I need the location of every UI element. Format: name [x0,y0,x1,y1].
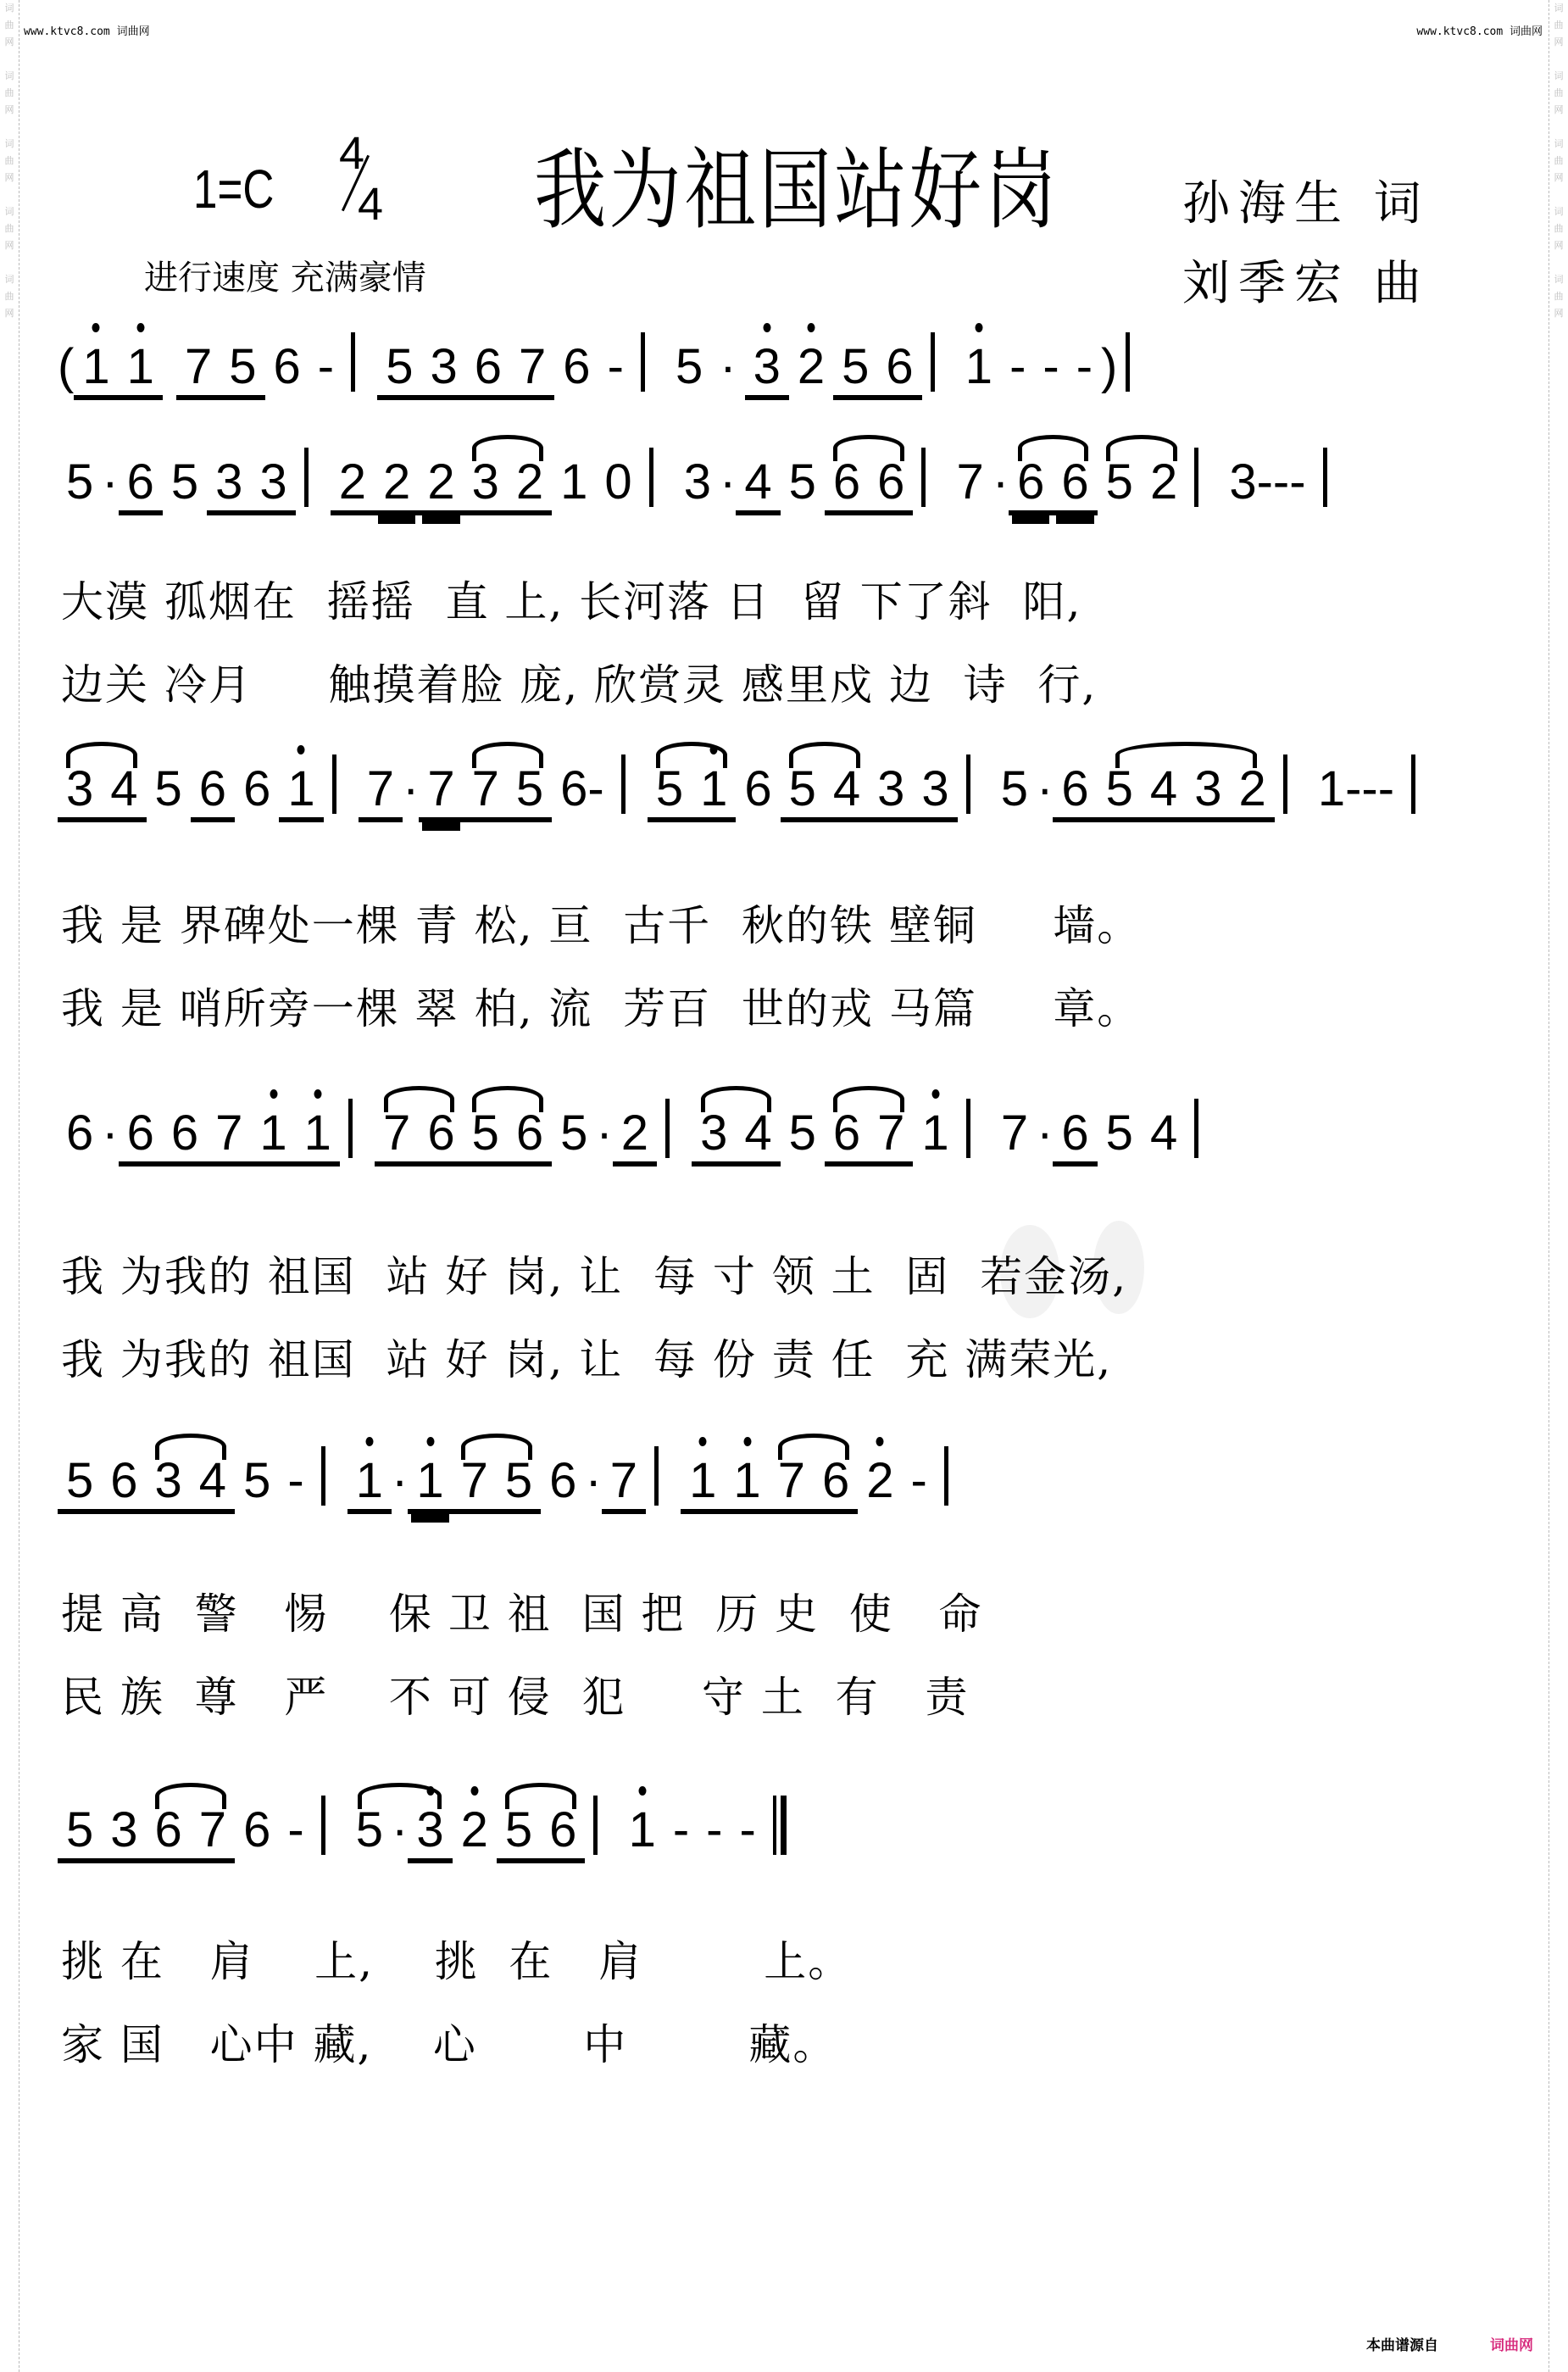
score-system-1: (11 756- 53676- 5·3256 1---) [58,332,1510,409]
tempo-marking: 进行速度 充满豪情 [144,251,426,299]
watermark-margin-left: 词曲网词曲网词曲网词曲网词曲网 [0,0,19,2372]
score-system-2: 5·6533 2223210 3·4566 7·6652 3--- [58,448,1510,524]
footer-brand-link[interactable]: 词曲网 [1490,2333,1533,2354]
lyrics-verse-2-line-3: 我 为我的 祖国 站 好 岗, 让 每 份 责 任 充 满荣光, [61,1326,1112,1387]
watermark-margin-right: 词曲网词曲网词曲网词曲网词曲网 [1549,0,1568,2372]
lyrics-verse-2-line-1: 边关 冷月 触摸着脸 庞, 欣赏灵 感里戍 边 诗 行, [61,651,1097,712]
score-system-5: 56345- 1·1756·7 11762- [58,1446,1510,1523]
footer-source-label: 本曲谱源自 [1366,2333,1438,2354]
score-system-4: 6·66711 76565·2 345671 7·654 [58,1099,1510,1175]
site-watermark-left: www.ktvc8.com 词曲网 [24,22,150,38]
time-signature: 4 4 [339,127,407,237]
lyrics-verse-1-line-5: 挑 在 肩 上, 挑 在 肩 上。 [61,1928,852,1989]
lyrics-verse-2-line-4: 民 族 尊 严 不 可 侵 犯 守 土 有 责 [61,1663,969,1724]
site-watermark-right: www.ktvc8.com 词曲网 [1416,22,1543,38]
lyricist-credit: 孙海生 词 [1182,166,1430,234]
composer-credit: 刘季宏 曲 [1182,246,1430,314]
lyrics-verse-1-line-4: 提 高 警 惕 保 卫 祖 国 把 历 史 使 命 [61,1580,983,1641]
lyrics-verse-2-line-2: 我 是 哨所旁一棵 翠 柏, 流 芳百 世的戎 马篇 章。 [61,975,1141,1036]
meter-denominator: 4 [358,178,383,231]
score-system-6: 53676- 5·3256 1--- [58,1796,1510,1872]
key-signature: 1=C [193,158,274,220]
song-title: 我为祖国站好岗 [534,119,1059,246]
score-system-3: 345661 7·7756- 5165433 5·65432 1--- [58,754,1510,831]
lyrics-verse-1-line-1: 大漠 孤烟在 摇摇 直 上, 长河落 日 留 下了斜 阳, [61,568,1081,629]
lyrics-verse-1-line-3: 我 为我的 祖国 站 好 岗, 让 每 寸 领 土 固 若金汤, [61,1243,1127,1304]
lyrics-verse-1-line-2: 我 是 界碑处一棵 青 松, 亘 古千 秋的铁 壁铜 墙。 [61,892,1141,953]
lyrics-verse-2-line-5: 家 国 心中 藏, 心 中 藏。 [61,2011,837,2072]
